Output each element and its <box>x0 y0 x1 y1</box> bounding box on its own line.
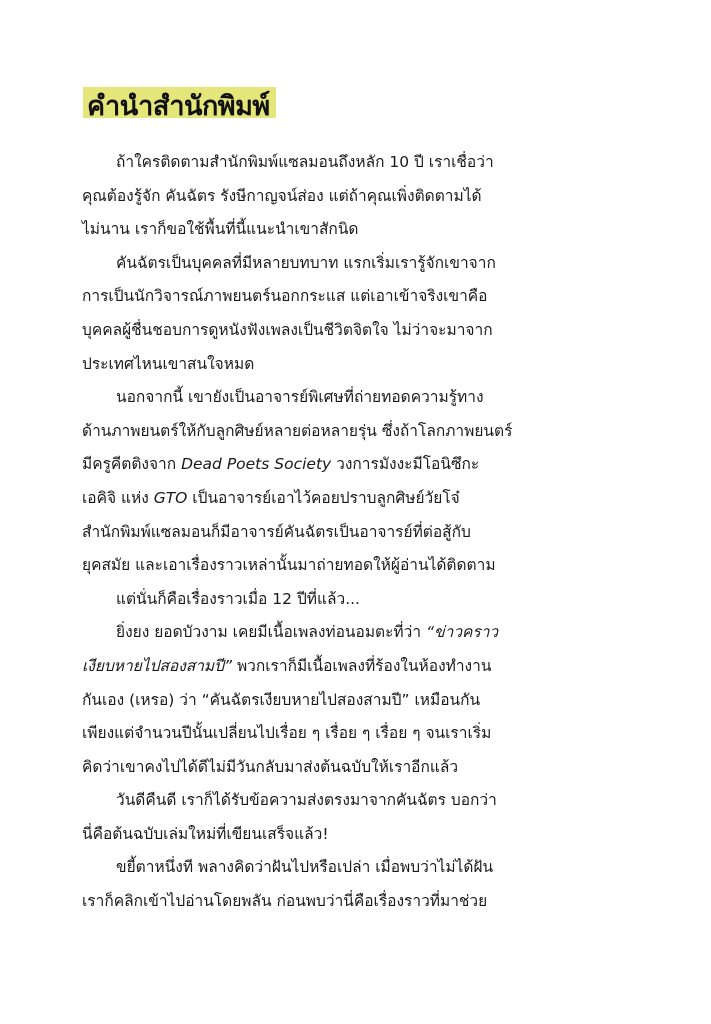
text-line: ไม่นาน เราก็ขอใช้พื้นที่นี้แนะนำเขาสักนิ… <box>82 213 602 247</box>
text-line: คิดว่าเขาคงไปได้ดีไม่มีวันกลับมาส่งต้นฉบ… <box>82 751 602 785</box>
page-title: คำนำสำนักพิมพ์ <box>87 87 270 118</box>
text-line: ประเทศไหนเขาสนใจหมด <box>82 348 602 382</box>
italic-title: GTO <box>154 489 188 507</box>
text-line: เอคิจิ แห่ง GTO เป็นอาจารย์เอาไว้คอยปราบ… <box>82 482 602 516</box>
text-line: มีครูคีตติงจาก Dead Poets Society วงการม… <box>82 448 602 482</box>
text-line: ถ้าใครติดตามสำนักพิมพ์แซลมอนถึงหลัก 10 ป… <box>82 146 602 180</box>
text-line: เงียบหายไปสองสามปี” พวกเราก็มีเนื้อเพลงท… <box>82 650 602 684</box>
text-line: คันฉัตรเป็นบุคคลที่มีหลายบทบาท แรกเริ่มเ… <box>82 247 602 281</box>
italic-quote: เงียบหายไปสองสามปี” <box>82 657 232 675</box>
text-line: บุคคลผู้ชื่นชอบการดูหนังฟังเพลงเป็นชีวิต… <box>82 314 602 348</box>
text-line: ยิ่งยง ยอดบัวงาม เคยมีเนื้อเพลงท่อนอมตะท… <box>82 616 602 650</box>
text-line: คุณต้องรู้จัก คันฉัตร รังษีกาญจน์ส่อง แต… <box>82 180 602 214</box>
italic-title: Dead Poets Society <box>181 455 331 473</box>
text-line: ขยี้ตาหนึ่งที พลางคิดว่าฝันไปหรือเปล่า เ… <box>82 851 602 885</box>
italic-quote: “ข่าวคราว <box>426 623 498 641</box>
text-line: เพียงแต่จำนวนปีนั้นเปลี่ยนไปเรื่อย ๆ เรื… <box>82 717 602 751</box>
text-line: กันเอง (เหรอ) ว่า “คันฉัตรเงียบหายไปสองส… <box>82 684 602 718</box>
text-line: สำนักพิมพ์แซลมอนก็มีอาจารย์คันฉัตรเป็นอา… <box>82 516 602 550</box>
text-line: นี่คือต้นฉบับเล่มใหม่ที่เขียนเสร็จแล้ว! <box>82 818 602 852</box>
text-line: แต่นั่นก็คือเรื่องราวเมื่อ 12 ปีที่แล้ว.… <box>82 583 602 617</box>
text-line: วันดีคืนดี เราก็ได้รับข้อความส่งตรงมาจาก… <box>82 784 602 818</box>
text-line: ยุคสมัย และเอาเรื่องราวเหล่านั้นมาถ่ายทอ… <box>82 549 602 583</box>
body-text: ถ้าใครติดตามสำนักพิมพ์แซลมอนถึงหลัก 10 ป… <box>82 146 602 919</box>
text-line: ด้านภาพยนตร์ให้กับลูกศิษย์หลายต่อหลายรุ่… <box>82 415 602 449</box>
heading-highlight: คำนำสำนักพิมพ์ <box>83 87 276 118</box>
text-line: การเป็นนักวิจารณ์ภาพยนตร์นอกกระแส แต่เอา… <box>82 280 602 314</box>
text-line: นอกจากนี้ เขายังเป็นอาจารย์พิเศษที่ถ่ายท… <box>82 381 602 415</box>
text-line: เราก็คลิกเข้าไปอ่านโดยพลัน ก่อนพบว่านี่ค… <box>82 885 602 919</box>
